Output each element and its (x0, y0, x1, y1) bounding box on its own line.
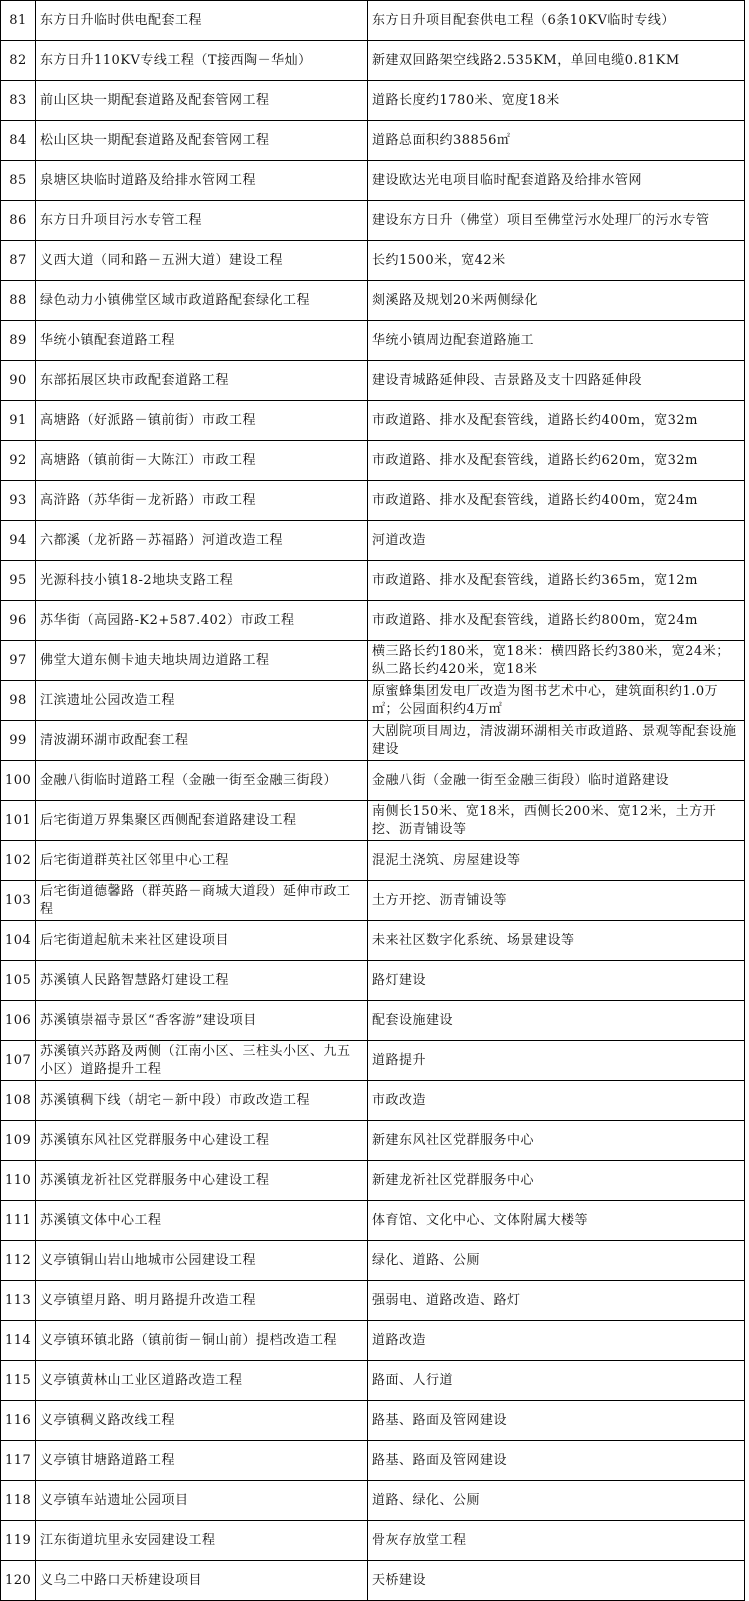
row-number-cell: 107 (1, 1041, 36, 1081)
project-name-cell: 后宅街道群英社区邻里中心工程 (36, 841, 368, 881)
row-number-cell: 100 (1, 761, 36, 801)
table-row: 90东部拓展区块市政配套道路工程建设青城路延伸段、吉景路及支十四路延伸段 (1, 361, 745, 401)
project-description-cell: 长约1500米，宽42米 (368, 241, 745, 281)
project-name-cell: 高塘路（好派路－镇前街）市政工程 (36, 401, 368, 441)
project-description-cell: 道路长度约1780米、宽度18米 (368, 81, 745, 121)
table-body: 81东方日升临时供电配套工程东方日升项目配套供电工程（6条10KV临时专线）82… (1, 1, 745, 1601)
project-name-cell: 苏溪镇龙祈社区党群服务中心建设工程 (36, 1161, 368, 1201)
project-description-cell: 道路改造 (368, 1321, 745, 1361)
project-description-cell: 金融八街（金融一街至金融三街段）临时道路建设 (368, 761, 745, 801)
row-number-cell: 109 (1, 1121, 36, 1161)
project-name-cell: 义亭镇环镇北路（镇前街－铜山前）提档改造工程 (36, 1321, 368, 1361)
row-number-cell: 108 (1, 1081, 36, 1121)
row-number-cell: 118 (1, 1481, 36, 1521)
project-description-cell: 河道改造 (368, 521, 745, 561)
table-row: 120义乌二中路口天桥建设项目天桥建设 (1, 1561, 745, 1601)
project-name-cell: 苏溪镇崇福寺景区“香客游”建设项目 (36, 1001, 368, 1041)
project-name-cell: 东部拓展区块市政配套道路工程 (36, 361, 368, 401)
project-name-cell: 东方日升临时供电配套工程 (36, 1, 368, 41)
project-name-cell: 苏溪镇人民路智慧路灯建设工程 (36, 961, 368, 1001)
row-number-cell: 115 (1, 1361, 36, 1401)
project-description-cell: 道路、绿化、公厕 (368, 1481, 745, 1521)
table-row: 83前山区块一期配套道路及配套管网工程道路长度约1780米、宽度18米 (1, 81, 745, 121)
project-name-cell: 苏溪镇东风社区党群服务中心建设工程 (36, 1121, 368, 1161)
project-description-cell: 市政道路、排水及配套管线，道路长约620m，宽32m (368, 441, 745, 481)
project-description-cell: 市政道路、排水及配套管线，道路长约800m，宽24m (368, 601, 745, 641)
table-row: 107苏溪镇兴苏路及两侧（江南小区、三柱头小区、九五小区）道路提升工程道路提升 (1, 1041, 745, 1081)
project-name-cell: 义亭镇黄林山工业区道路改造工程 (36, 1361, 368, 1401)
project-description-cell: 道路提升 (368, 1041, 745, 1081)
project-description-cell: 新建双回路架空线路2.535KM，单回电缆0.81KM (368, 41, 745, 81)
row-number-cell: 96 (1, 601, 36, 641)
project-name-cell: 义亭镇稠义路改线工程 (36, 1401, 368, 1441)
project-name-cell: 金融八街临时道路工程（金融一街至金融三街段） (36, 761, 368, 801)
table-row: 81东方日升临时供电配套工程东方日升项目配套供电工程（6条10KV临时专线） (1, 1, 745, 41)
table-row: 103后宅街道德馨路（群英路－商城大道段）延伸市政工程土方开挖、沥青铺设等 (1, 881, 745, 921)
project-name-cell: 前山区块一期配套道路及配套管网工程 (36, 81, 368, 121)
table-row: 99清波湖环湖市政配套工程大剧院项目周边，清波湖环湖相关市政道路、景观等配套设施… (1, 721, 745, 761)
table-row: 105苏溪镇人民路智慧路灯建设工程路灯建设 (1, 961, 745, 1001)
project-name-cell: 绿色动力小镇佛堂区域市政道路配套绿化工程 (36, 281, 368, 321)
table-row: 94六都溪（龙祈路－苏福路）河道改造工程河道改造 (1, 521, 745, 561)
row-number-cell: 98 (1, 681, 36, 721)
table-row: 106苏溪镇崇福寺景区“香客游”建设项目配套设施建设 (1, 1001, 745, 1041)
project-description-cell: 市政道路、排水及配套管线，道路长约400m，宽32m (368, 401, 745, 441)
project-name-cell: 义亭镇望月路、明月路提升改造工程 (36, 1281, 368, 1321)
table-row: 104后宅街道起航未来社区建设项目未来社区数字化系统、场景建设等 (1, 921, 745, 961)
project-name-cell: 江东街道坑里永安园建设工程 (36, 1521, 368, 1561)
project-description-cell: 路基、路面及管网建设 (368, 1441, 745, 1481)
table-row: 84松山区块一期配套道路及配套管网工程道路总面积约38856㎡ (1, 121, 745, 161)
table-row: 98江滨遗址公园改造工程原蜜蜂集团发电厂改造为图书艺术中心，建筑面积约1.0万㎡… (1, 681, 745, 721)
table-row: 89华统小镇配套道路工程华统小镇周边配套道路施工 (1, 321, 745, 361)
project-description-cell: 建设东方日升（佛堂）项目至佛堂污水处理厂的污水专管 (368, 201, 745, 241)
row-number-cell: 99 (1, 721, 36, 761)
row-number-cell: 81 (1, 1, 36, 41)
project-name-cell: 义西大道（同和路－五洲大道）建设工程 (36, 241, 368, 281)
project-description-cell: 原蜜蜂集团发电厂改造为图书艺术中心，建筑面积约1.0万㎡；公园面积约4万㎡ (368, 681, 745, 721)
row-number-cell: 87 (1, 241, 36, 281)
project-description-cell: 剡溪路及规划20米两侧绿化 (368, 281, 745, 321)
project-name-cell: 清波湖环湖市政配套工程 (36, 721, 368, 761)
project-description-cell: 建设青城路延伸段、吉景路及支十四路延伸段 (368, 361, 745, 401)
row-number-cell: 90 (1, 361, 36, 401)
table-row: 87义西大道（同和路－五洲大道）建设工程长约1500米，宽42米 (1, 241, 745, 281)
table-row: 92高塘路（镇前街－大陈江）市政工程市政道路、排水及配套管线，道路长约620m，… (1, 441, 745, 481)
project-name-cell: 东方日升项目污水专管工程 (36, 201, 368, 241)
project-name-cell: 松山区块一期配套道路及配套管网工程 (36, 121, 368, 161)
project-description-cell: 未来社区数字化系统、场景建设等 (368, 921, 745, 961)
project-table: 81东方日升临时供电配套工程东方日升项目配套供电工程（6条10KV临时专线）82… (0, 0, 745, 1601)
project-description-cell: 华统小镇周边配套道路施工 (368, 321, 745, 361)
project-description-cell: 横三路长约180米，宽18米：横四路长约380米，宽24米；纵二路长约420米，… (368, 641, 745, 681)
project-name-cell: 后宅街道德馨路（群英路－商城大道段）延伸市政工程 (36, 881, 368, 921)
project-name-cell: 苏溪镇稠下线（胡宅－新中段）市政改造工程 (36, 1081, 368, 1121)
row-number-cell: 101 (1, 801, 36, 841)
table-row: 111苏溪镇文体中心工程体育馆、文化中心、文体附属大楼等 (1, 1201, 745, 1241)
project-name-cell: 后宅街道起航未来社区建设项目 (36, 921, 368, 961)
table-row: 114义亭镇环镇北路（镇前街－铜山前）提档改造工程道路改造 (1, 1321, 745, 1361)
table-row: 82东方日升110KV专线工程（T接西陶－华灿）新建双回路架空线路2.535KM… (1, 41, 745, 81)
project-description-cell: 大剧院项目周边，清波湖环湖相关市政道路、景观等配套设施建设 (368, 721, 745, 761)
project-name-cell: 苏华街（高园路-K2+587.402）市政工程 (36, 601, 368, 641)
row-number-cell: 111 (1, 1201, 36, 1241)
project-description-cell: 绿化、道路、公厕 (368, 1241, 745, 1281)
table-row: 112义亭镇铜山岩山地城市公园建设工程绿化、道路、公厕 (1, 1241, 745, 1281)
table-row: 113义亭镇望月路、明月路提升改造工程强弱电、道路改造、路灯 (1, 1281, 745, 1321)
row-number-cell: 86 (1, 201, 36, 241)
project-description-cell: 建设欧达光电项目临时配套道路及给排水管网 (368, 161, 745, 201)
project-description-cell: 土方开挖、沥青铺设等 (368, 881, 745, 921)
row-number-cell: 83 (1, 81, 36, 121)
row-number-cell: 119 (1, 1521, 36, 1561)
project-description-cell: 骨灰存放堂工程 (368, 1521, 745, 1561)
table-row: 116义亭镇稠义路改线工程路基、路面及管网建设 (1, 1401, 745, 1441)
table-row: 109苏溪镇东风社区党群服务中心建设工程新建东风社区党群服务中心 (1, 1121, 745, 1161)
project-name-cell: 六都溪（龙祈路－苏福路）河道改造工程 (36, 521, 368, 561)
project-name-cell: 高浒路（苏华街－龙祈路）市政工程 (36, 481, 368, 521)
row-number-cell: 116 (1, 1401, 36, 1441)
table-row: 118义亭镇车站遗址公园项目道路、绿化、公厕 (1, 1481, 745, 1521)
table-row: 95光源科技小镇18-2地块支路工程市政道路、排水及配套管线，道路长约365m，… (1, 561, 745, 601)
project-name-cell: 苏溪镇文体中心工程 (36, 1201, 368, 1241)
project-description-cell: 体育馆、文化中心、文体附属大楼等 (368, 1201, 745, 1241)
row-number-cell: 84 (1, 121, 36, 161)
row-number-cell: 102 (1, 841, 36, 881)
table-row: 119江东街道坑里永安园建设工程骨灰存放堂工程 (1, 1521, 745, 1561)
project-description-cell: 东方日升项目配套供电工程（6条10KV临时专线） (368, 1, 745, 41)
table-row: 96苏华街（高园路-K2+587.402）市政工程市政道路、排水及配套管线，道路… (1, 601, 745, 641)
row-number-cell: 85 (1, 161, 36, 201)
project-name-cell: 泉塘区块临时道路及给排水管网工程 (36, 161, 368, 201)
table-row: 85泉塘区块临时道路及给排水管网工程建设欧达光电项目临时配套道路及给排水管网 (1, 161, 745, 201)
project-description-cell: 市政道路、排水及配套管线，道路长约365m，宽12m (368, 561, 745, 601)
project-name-cell: 光源科技小镇18-2地块支路工程 (36, 561, 368, 601)
table-row: 97佛堂大道东侧卡迪夫地块周边道路工程横三路长约180米，宽18米：横四路长约3… (1, 641, 745, 681)
row-number-cell: 104 (1, 921, 36, 961)
project-name-cell: 义亭镇甘塘路道路工程 (36, 1441, 368, 1481)
row-number-cell: 114 (1, 1321, 36, 1361)
row-number-cell: 89 (1, 321, 36, 361)
project-description-cell: 市政改造 (368, 1081, 745, 1121)
project-name-cell: 义亭镇铜山岩山地城市公园建设工程 (36, 1241, 368, 1281)
row-number-cell: 120 (1, 1561, 36, 1601)
row-number-cell: 105 (1, 961, 36, 1001)
table-row: 108苏溪镇稠下线（胡宅－新中段）市政改造工程市政改造 (1, 1081, 745, 1121)
row-number-cell: 92 (1, 441, 36, 481)
row-number-cell: 91 (1, 401, 36, 441)
project-description-cell: 道路总面积约38856㎡ (368, 121, 745, 161)
row-number-cell: 95 (1, 561, 36, 601)
project-description-cell: 路灯建设 (368, 961, 745, 1001)
project-description-cell: 强弱电、道路改造、路灯 (368, 1281, 745, 1321)
project-description-cell: 路基、路面及管网建设 (368, 1401, 745, 1441)
project-name-cell: 东方日升110KV专线工程（T接西陶－华灿） (36, 41, 368, 81)
row-number-cell: 113 (1, 1281, 36, 1321)
row-number-cell: 97 (1, 641, 36, 681)
project-name-cell: 苏溪镇兴苏路及两侧（江南小区、三柱头小区、九五小区）道路提升工程 (36, 1041, 368, 1081)
table-row: 86东方日升项目污水专管工程建设东方日升（佛堂）项目至佛堂污水处理厂的污水专管 (1, 201, 745, 241)
project-name-cell: 佛堂大道东侧卡迪夫地块周边道路工程 (36, 641, 368, 681)
project-name-cell: 华统小镇配套道路工程 (36, 321, 368, 361)
project-description-cell: 新建东风社区党群服务中心 (368, 1121, 745, 1161)
project-name-cell: 高塘路（镇前街－大陈江）市政工程 (36, 441, 368, 481)
row-number-cell: 112 (1, 1241, 36, 1281)
table-row: 100金融八街临时道路工程（金融一街至金融三街段）金融八街（金融一街至金融三街段… (1, 761, 745, 801)
project-description-cell: 配套设施建设 (368, 1001, 745, 1041)
row-number-cell: 110 (1, 1161, 36, 1201)
project-description-cell: 混泥土浇筑、房屋建设等 (368, 841, 745, 881)
project-description-cell: 南侧长150米、宽18米，西侧长200米、宽12米，土方开挖、沥青铺设等 (368, 801, 745, 841)
row-number-cell: 93 (1, 481, 36, 521)
table-row: 110苏溪镇龙祈社区党群服务中心建设工程新建龙祈社区党群服务中心 (1, 1161, 745, 1201)
project-name-cell: 后宅街道万界集聚区西侧配套道路建设工程 (36, 801, 368, 841)
project-description-cell: 路面、人行道 (368, 1361, 745, 1401)
project-description-cell: 天桥建设 (368, 1561, 745, 1601)
row-number-cell: 106 (1, 1001, 36, 1041)
project-description-cell: 新建龙祈社区党群服务中心 (368, 1161, 745, 1201)
project-name-cell: 义乌二中路口天桥建设项目 (36, 1561, 368, 1601)
table-row: 88绿色动力小镇佛堂区域市政道路配套绿化工程剡溪路及规划20米两侧绿化 (1, 281, 745, 321)
project-name-cell: 义亭镇车站遗址公园项目 (36, 1481, 368, 1521)
project-name-cell: 江滨遗址公园改造工程 (36, 681, 368, 721)
table-row: 93高浒路（苏华街－龙祈路）市政工程市政道路、排水及配套管线，道路长约400m，… (1, 481, 745, 521)
row-number-cell: 82 (1, 41, 36, 81)
row-number-cell: 88 (1, 281, 36, 321)
table-row: 91高塘路（好派路－镇前街）市政工程市政道路、排水及配套管线，道路长约400m，… (1, 401, 745, 441)
table-row: 101后宅街道万界集聚区西侧配套道路建设工程南侧长150米、宽18米，西侧长20… (1, 801, 745, 841)
table-row: 117义亭镇甘塘路道路工程路基、路面及管网建设 (1, 1441, 745, 1481)
table-row: 115义亭镇黄林山工业区道路改造工程路面、人行道 (1, 1361, 745, 1401)
project-description-cell: 市政道路、排水及配套管线，道路长约400m，宽24m (368, 481, 745, 521)
row-number-cell: 94 (1, 521, 36, 561)
table-row: 102后宅街道群英社区邻里中心工程混泥土浇筑、房屋建设等 (1, 841, 745, 881)
row-number-cell: 103 (1, 881, 36, 921)
row-number-cell: 117 (1, 1441, 36, 1481)
